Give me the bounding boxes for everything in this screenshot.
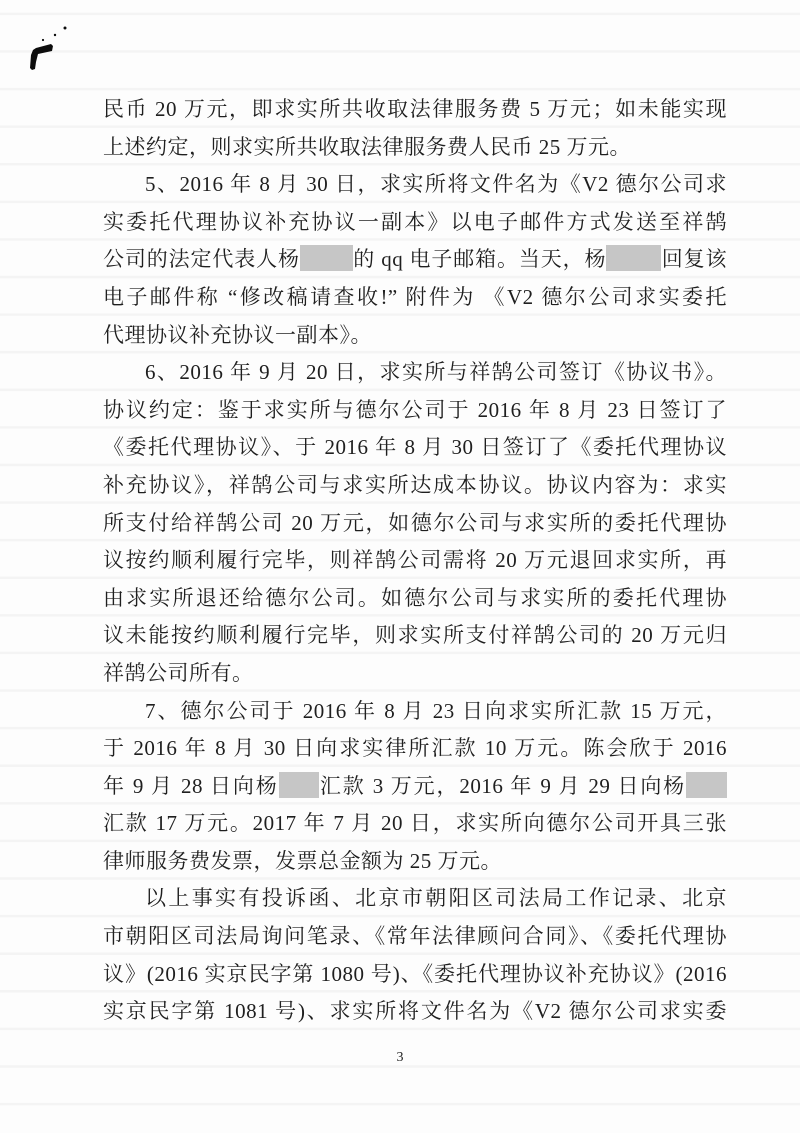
document-line: 协议约定：鉴于求实所与德尔公司于 2016 年 8 月 23 日签订了 (103, 392, 727, 430)
document-line: 7、德尔公司于 2016 年 8 月 23 日向求实所汇款 15 万元， (103, 693, 727, 731)
document-line: 补充协议》，祥鹄公司与求实所达成本协议。协议内容为：求实 (103, 467, 727, 505)
page-number: 3 (0, 1050, 800, 1066)
document-line: 律师服务费发票，发票总金额为 25 万元。 (103, 843, 727, 881)
document-line: 代理协议补充协议一副本》。 (103, 317, 727, 355)
document-line: 民币 20 万元，即求实所共收取法律服务费 5 万元；如未能实现 (103, 91, 727, 129)
document-line: 电子邮件称 “修改稿请查收!” 附件为 《V2 德尔公司求实委托 (103, 279, 727, 317)
redaction-box (686, 772, 727, 798)
document-line: 市朝阳区司法局询问笔录、《常年法律顾问合同》、《委托代理协 (103, 918, 727, 956)
document-line: 汇款 17 万元。2017 年 7 月 20 日，求实所向德尔公司开具三张 (103, 805, 727, 843)
redaction-box (300, 245, 353, 271)
document-line: 以上事实有投诉函、北京市朝阳区司法局工作记录、北京 (103, 880, 727, 918)
document-line: 公司的法定代表人杨的 qq 电子邮箱。当天，杨回复该 (103, 241, 727, 279)
document-line: 实京民字第 1081 号)、求实所将文件名为《V2 德尔公司求实委 (103, 993, 727, 1031)
document-line: 实委托代理协议补充协议一副本》以电子邮件方式发送至祥鹄 (103, 204, 727, 242)
redaction-box (279, 772, 319, 798)
ink-smudge-mark (28, 22, 72, 72)
document-line: 5、2016 年 8 月 30 日，求实所将文件名为《V2 德尔公司求 (103, 166, 727, 204)
redaction-box (606, 245, 661, 271)
document-line: 《委托代理协议》、于 2016 年 8 月 30 日签订了《委托代理协议 (103, 429, 727, 467)
document-body: 民币 20 万元，即求实所共收取法律服务费 5 万元；如未能实现上述约定，则求实… (103, 91, 727, 1031)
document-line: 议未能按约顺利履行完毕，则求实所支付祥鹄公司的 20 万元归 (103, 617, 727, 655)
scanned-document-page: 民币 20 万元，即求实所共收取法律服务费 5 万元；如未能实现上述约定，则求实… (0, 0, 800, 1133)
document-line: 所支付给祥鹄公司 20 万元，如德尔公司与求实所的委托代理协 (103, 505, 727, 543)
document-line: 6、2016 年 9 月 20 日，求实所与祥鹄公司签订《协议书》。 (103, 354, 727, 392)
document-line: 于 2016 年 8 月 30 日向求实律所汇款 10 万元。陈会欣于 2016 (103, 730, 727, 768)
document-line: 祥鹄公司所有。 (103, 655, 727, 693)
document-line: 年 9 月 28 日向杨汇款 3 万元，2016 年 9 月 29 日向杨 (103, 768, 727, 806)
document-line: 议按约顺利履行完毕，则祥鹄公司需将 20 万元退回求实所，再 (103, 542, 727, 580)
document-line: 由求实所退还给德尔公司。如德尔公司与求实所的委托代理协 (103, 580, 727, 618)
document-line: 上述约定，则求实所共收取法律服务费人民币 25 万元。 (103, 129, 727, 167)
document-line: 议》(2016 实京民字第 1080 号)、《委托代理协议补充协议》(2016 (103, 956, 727, 994)
